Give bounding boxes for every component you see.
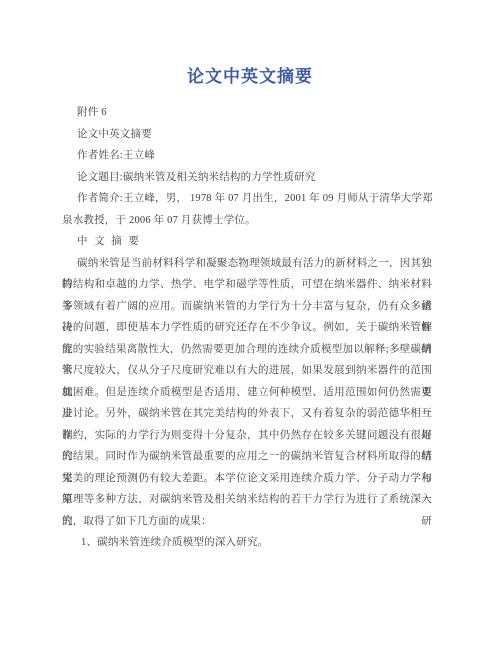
abstract-line: 究的实验结果离散性大，仍然需要更加合理的连续介质模型加以解释;多壁碳纳米 bbox=[62, 339, 432, 361]
page-title: 论文中英文摘要 bbox=[0, 0, 500, 87]
doc-subtitle: 论文中英文摘要 bbox=[62, 124, 432, 146]
abstract-line: 完美的理论预测仍有较大差距。本学位论文采用连续介质力学、分子动力学和第一 bbox=[62, 468, 432, 490]
author-bio-line-2: 泉水教授，于 2006 年 07 月获博士学位。 bbox=[62, 210, 432, 232]
thesis-title-line: 论文题目:碳纳米管及相关纳米结构的力学性质研究 bbox=[62, 167, 432, 189]
abstract-line: 决的问题，即使基本力学性质的研究还存在不少争议。例如，关于碳纳米管性能研 bbox=[62, 317, 432, 339]
abstract-line: 究结果。同时作为碳纳米管最重要的应用之一的碳纳米管复合材料所取得的结果与 bbox=[62, 446, 432, 468]
abstract-line: 管尺度较大，仅从分子尺度研究难以有大的进展，如果发展到纳米器件的范围就更 bbox=[62, 360, 432, 382]
abstract-line: 碳纳米管是当前材料科学和凝聚态物理领域最有活力的新材料之一，因其独特 bbox=[62, 253, 432, 275]
result-item-1: 1、碳纳米管连续介质模型的深入研究。 bbox=[62, 532, 432, 554]
attachment-label: 附件 6 bbox=[62, 102, 432, 124]
abstract-line: 步讨论。另外，碳纳米管在其完美结构的外表下，又有着复杂的弱范德华相互作用 bbox=[62, 403, 432, 425]
abstract-line: 原理等多种方法，对碳纳米管及相关纳米结构的若干力学行为进行了系统深入的研 bbox=[62, 489, 432, 511]
abstract-line: 加困难。但是连续介质模型是否适用、建立何种模型、适用范围如何仍然需要进一 bbox=[62, 382, 432, 404]
abstract-line: 多领域有着广阔的应用。而碳纳米管的力学行为十分丰富与复杂，仍有众多亟待解 bbox=[62, 296, 432, 318]
author-bio-line-1: 作者简介:王立峰，男， 1978 年 07 月出生，2001 年 09 月师从于… bbox=[62, 188, 432, 210]
abstract-line: 制约，实际的力学行为则变得十分复杂，其中仍然存在较多关键问题没有很好的研 bbox=[62, 425, 432, 447]
author-name-line: 作者姓名:王立峰 bbox=[62, 145, 432, 167]
section-heading-chinese-abstract: 中 文 摘 要 bbox=[62, 231, 432, 253]
document-body: 附件 6 论文中英文摘要 作者姓名:王立峰 论文题目:碳纳米管及相关纳米结构的力… bbox=[62, 102, 432, 554]
abstract-line: 的结构和卓越的力学、热学、电学和磁学等性质，可望在纳米器件、纳米材料等诸 bbox=[62, 274, 432, 296]
document-page: 论文中英文摘要 附件 6 论文中英文摘要 作者姓名:王立峰 论文题目:碳纳米管及… bbox=[0, 0, 500, 647]
abstract-paragraph: 碳纳米管是当前材料科学和凝聚态物理领域最有活力的新材料之一，因其独特 的结构和卓… bbox=[62, 253, 432, 533]
